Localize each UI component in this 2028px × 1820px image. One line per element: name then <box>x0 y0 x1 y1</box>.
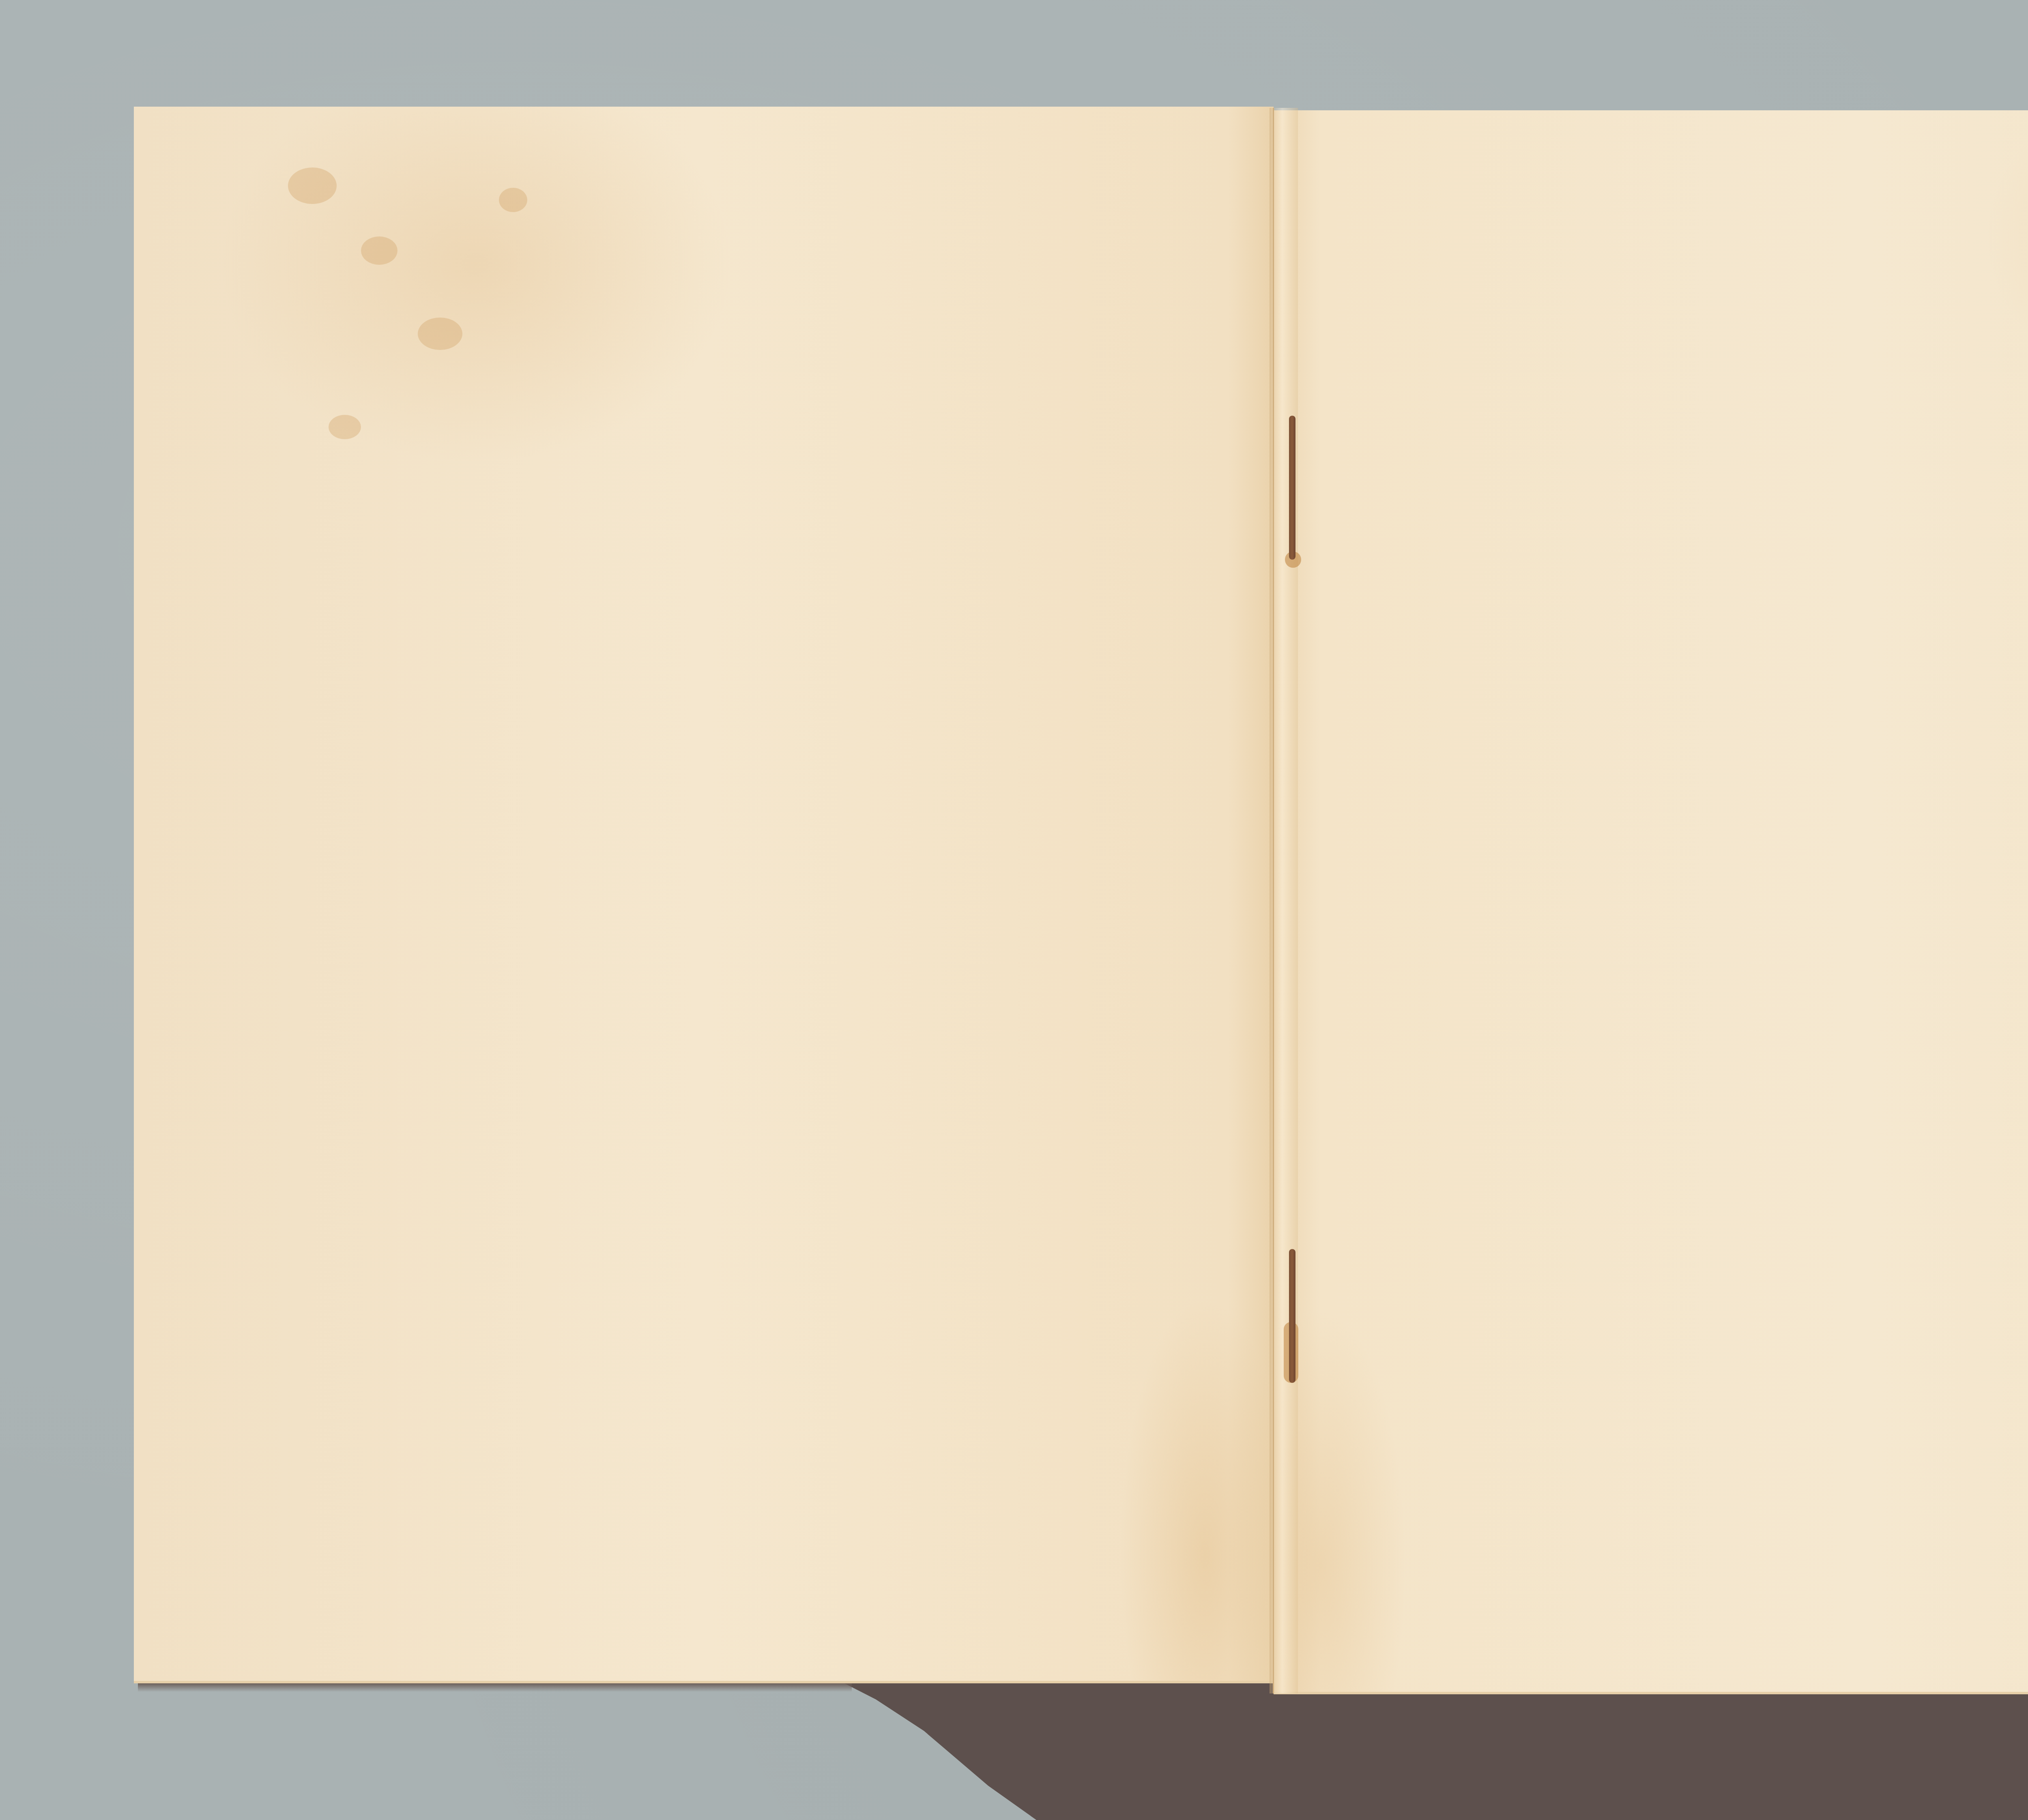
left-page <box>134 107 1274 1683</box>
staple-icon <box>1289 416 1295 560</box>
foxing-spot <box>499 188 527 212</box>
staple-icon <box>1289 1249 1295 1383</box>
booklet-shadow-edge <box>138 1683 852 1692</box>
foxing-spot <box>288 167 337 204</box>
foxing-spot <box>361 236 397 265</box>
foxing-spot <box>418 318 462 350</box>
booklet-shadow <box>844 1683 2028 1820</box>
right-page <box>1274 110 2028 1694</box>
spine-fold-line <box>1273 108 1274 1693</box>
foxing-spot <box>329 415 361 439</box>
